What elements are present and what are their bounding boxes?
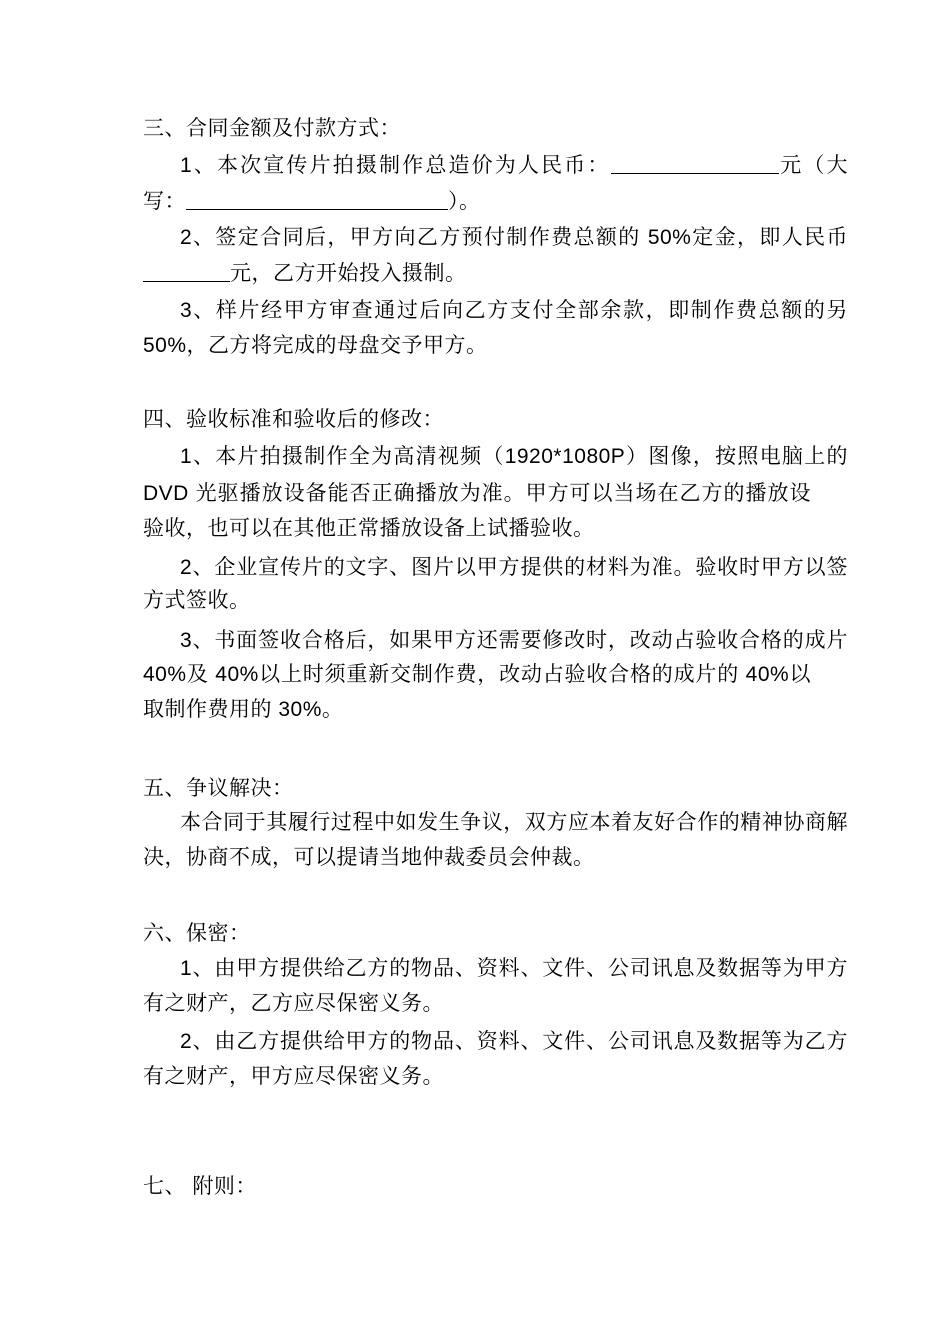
line-text: ）。: [448, 190, 481, 213]
document-line: 2、签定合同后，甲方向乙方预付制作费总额的 50%定金，即人民币: [143, 219, 848, 256]
line-text: 1、由甲方提供给乙方的物品、资料、文件、公司讯息及数据等为甲方所: [180, 957, 848, 987]
document-line: 1、本片拍摄制作全为高清视频（1920*1080P）图像，按照电脑上的: [143, 438, 848, 475]
line-text: 1、本次宣传片拍摄制作总造价为人民币：: [180, 154, 611, 177]
line-text: 写：: [143, 190, 186, 213]
document-line: 2、由乙方提供给甲方的物品、资料、文件、公司讯息及数据等为乙方所: [143, 1023, 848, 1060]
line-text: 元（大: [779, 154, 848, 177]
document-line: 1、本次宣传片拍摄制作总造价为人民币：元（大: [143, 147, 848, 184]
document-line: 50%，乙方将完成的母盘交予甲方。: [143, 327, 811, 364]
line-text: 五、争议解决：: [143, 777, 294, 800]
document-line: DVD 光驱播放设备能否正确播放为准。甲方可以当场在乙方的播放设备上试播: [143, 475, 811, 512]
document-line: 本合同于其履行过程中如发生争议，双方应本着友好合作的精神协商解: [143, 804, 848, 841]
line-text: 方式签收。: [143, 589, 251, 612]
section-heading: 四、验收标准和验收后的修改：: [143, 401, 811, 438]
line-text: 1、本片拍摄制作全为高清视频（1920*1080P）图像，按照电脑上的: [180, 445, 848, 468]
line-text: 七、 附则：: [143, 1175, 257, 1198]
document-line: 40%及 40%以上时须重新交制作费，改动占验收合格的成片的 40%以内时收: [143, 656, 811, 693]
line-text: 本合同于其履行过程中如发生争议，双方应本着友好合作的精神协商解: [180, 811, 848, 834]
document-line: 1、由甲方提供给乙方的物品、资料、文件、公司讯息及数据等为甲方所: [143, 950, 848, 987]
line-text: 六、保密：: [143, 922, 251, 945]
document-line: 写：）。: [143, 183, 811, 220]
document-page: 三、合同金额及付款方式：1、本次宣传片拍摄制作总造价为人民币：元（大写：）。2、…: [0, 0, 950, 1344]
section-heading: 六、保密：: [143, 915, 811, 952]
document-line: 元，乙方开始投入摄制。: [143, 255, 811, 292]
line-text: 有之财产，甲方应尽保密义务。: [143, 1065, 444, 1088]
fill-in-blank: [186, 207, 448, 210]
document-line: 取制作费用的 30%。: [143, 691, 811, 728]
document-line: 验收，也可以在其他正常播放设备上试播验收。: [143, 510, 811, 547]
document-line: 3、样片经甲方审查通过后向乙方支付全部余款，即制作费总额的另: [143, 292, 848, 329]
document-line: 3、书面签收合格后，如果甲方还需要修改时，改动占验收合格的成片的: [143, 622, 848, 659]
line-text: 3、样片经甲方审查通过后向乙方支付全部余款，即制作费总额的另: [180, 299, 848, 322]
line-text: 元，乙方开始投入摄制。: [230, 262, 467, 285]
document-line: 决，协商不成，可以提请当地仲裁委员会仲裁。: [143, 839, 811, 876]
line-text: 三、合同金额及付款方式：: [143, 117, 401, 140]
fill-in-blank: [143, 279, 230, 282]
document-line: 有之财产，甲方应尽保密义务。: [143, 1058, 811, 1095]
line-text: 3、书面签收合格后，如果甲方还需要修改时，改动占验收合格的成片的: [180, 629, 848, 659]
line-text: 有之财产，乙方应尽保密义务。: [143, 992, 444, 1015]
line-text: 2、由乙方提供给甲方的物品、资料、文件、公司讯息及数据等为乙方所: [180, 1030, 848, 1060]
document-line: 有之财产，乙方应尽保密义务。: [143, 985, 811, 1022]
line-text: 40%及 40%以上时须重新交制作费，改动占验收合格的成片的 40%以内时收: [143, 663, 811, 693]
fill-in-blank: [611, 171, 779, 174]
line-text: 四、验收标准和验收后的修改：: [143, 408, 444, 431]
line-text: 50%，乙方将完成的母盘交予甲方。: [143, 334, 488, 357]
document-line: 方式签收。: [143, 582, 811, 619]
line-text: 验收，也可以在其他正常播放设备上试播验收。: [143, 517, 595, 540]
section-heading: 三、合同金额及付款方式：: [143, 110, 811, 147]
section-heading: 七、 附则：: [143, 1168, 811, 1205]
line-text: 取制作费用的 30%。: [143, 698, 343, 721]
line-text: 决，协商不成，可以提请当地仲裁委员会仲裁。: [143, 846, 595, 869]
line-text: 2、签定合同后，甲方向乙方预付制作费总额的 50%定金，即人民币: [180, 226, 848, 249]
document-line: 2、企业宣传片的文字、图片以甲方提供的材料为准。验收时甲方以签字: [143, 549, 848, 586]
line-text: DVD 光驱播放设备能否正确播放为准。甲方可以当场在乙方的播放设备上试播: [143, 482, 811, 512]
section-heading: 五、争议解决：: [143, 770, 811, 807]
